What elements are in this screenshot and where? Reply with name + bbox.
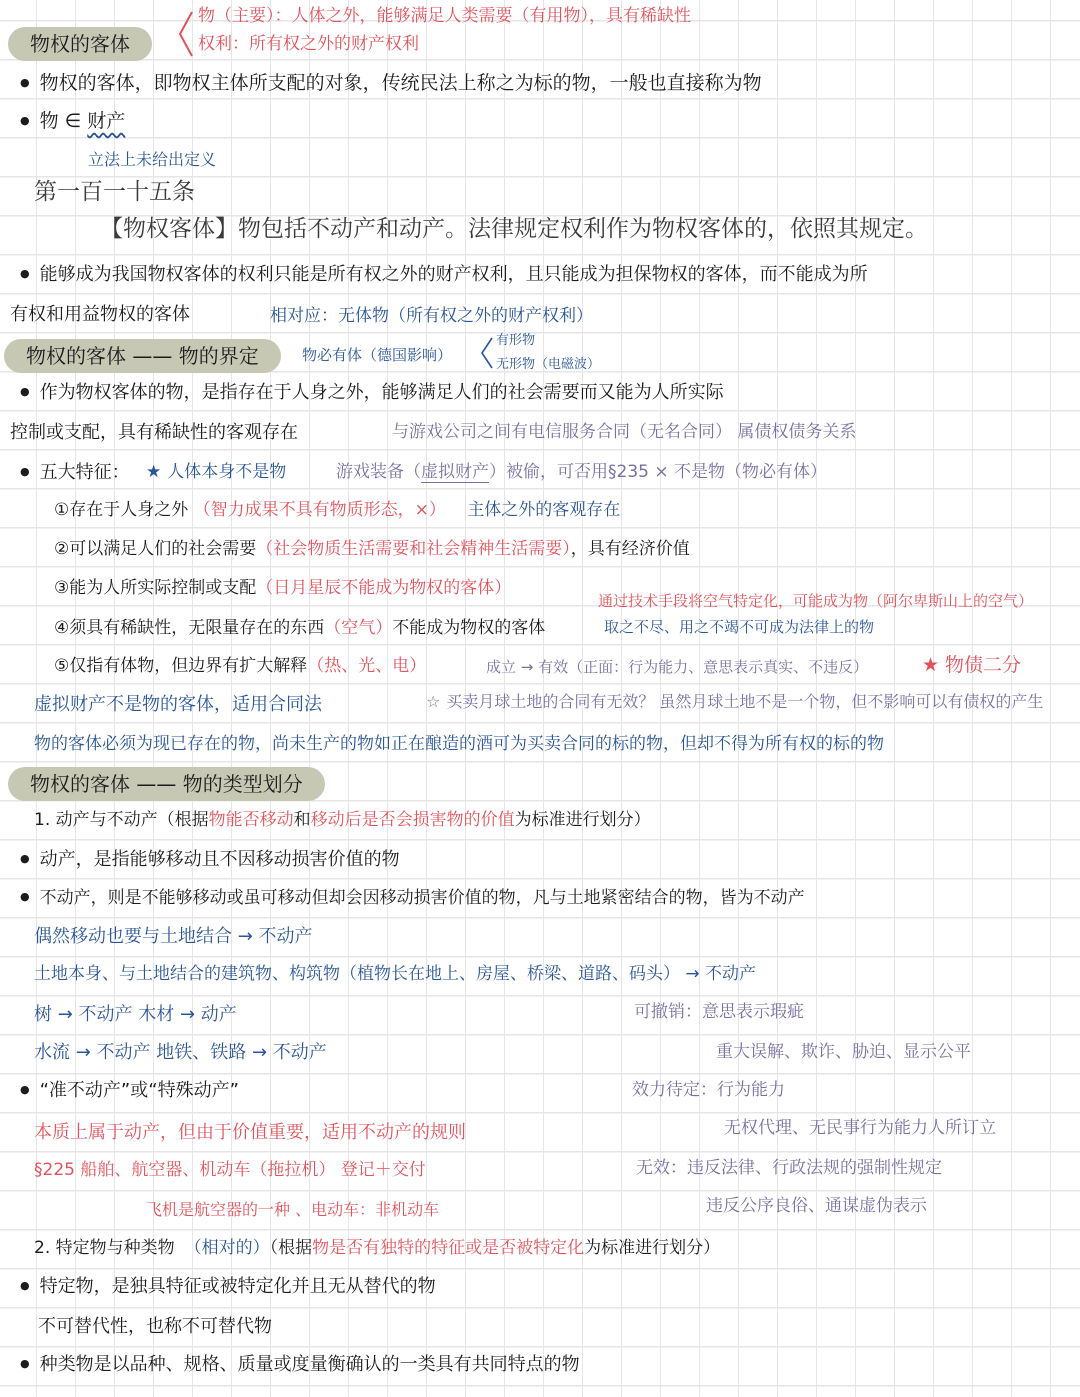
item-text: 1. 动产与不动产（根据 [34,810,209,830]
five-features-label: 五大特征： [20,464,130,482]
note-water-railway: 水流 → 不动产 地铁、铁路 → 不动产 [34,1044,327,1062]
feature-2: ②可以满足人们的社会需要（社会物质生活需要和社会精神生活需要），具有经济价值 [54,541,690,558]
feature-red-note: （热、光、电） [307,656,426,676]
section-heading-classification: 物权的客体 —— 物的类型划分 [8,767,325,801]
item-text-tail: 为标准进行划分） [515,810,651,830]
note-accidental-move: 偶然移动也要与土地结合 → 不动产 [34,928,313,946]
feature-text: ①存在于人身之外 [54,500,188,520]
feature-4: ④须具有稀缺性，无限量存在的东西（空气）不能成为物权的客体 [54,620,545,637]
bullet-text: 物 ∈ [20,110,87,132]
note-human-body-not-thing: ★人体本身不是物 [146,464,286,481]
item-movable-immovable: 1. 动产与不动产（根据物能否移动和移动后是否会损害物的价值为标准进行划分） [34,812,651,829]
note-game-service-contract: 与游戏公司之间有电信服务合同（无名合同） 属债权债务关系 [392,424,856,441]
star-icon: ★ [922,656,939,675]
property-word: 财产 [87,110,125,132]
note-aircraft-ebike: 飞机是航空器的一种 、电动车：非机动车 [146,1202,439,1218]
article-title: 第一百一十五条 [34,181,195,204]
note-inexhaustible: 取之不尽、用之不竭不可成为法律上的物 [604,620,874,635]
bullet-rights-as-object: 能够成为我国物权客体的权利只能是所有权之外的财产权利，且只能成为担保物权的客体，… [20,266,868,284]
item-text-mid: （根据 [270,1238,313,1258]
brace-item-thing: 物（主要）：人体之外，能够满足人类需要（有用物），具有稀缺性 [198,8,691,25]
note-quasi-examples: §225 船舶、航空器、机动车（拖拉机） 登记＋交付 [34,1162,426,1179]
note-no-legal-definition: 立法上未给出定义 [88,152,216,168]
feature-text: ②可以满足人们的社会需要 [54,539,256,559]
feature-blue-note: 主体之外的客观存在 [467,500,620,520]
note-text: 买卖月球土地的合同有无效？ 虽然月球土地不是一个物，但不影响可以有债权的产生 [446,692,1043,711]
note-irreplaceable: 不可替代性，也称不可替代物 [38,1318,272,1336]
note-tree-timber: 树 → 不动产 木材 → 动产 [34,1006,237,1024]
note-game-equipment: 游戏装备（虚拟财产）被偷，可否用§235 × 不是物（物必有体） [336,464,827,481]
bullet-object-definition: 物权的客体，即物权主体所支配的对象，传统民法上称之为标的物，一般也直接称为物 [20,74,762,93]
note-revocable: 可撤销：意思表示瑕疵 [634,1004,804,1021]
note-land-buildings: 土地本身、与土地结合的建筑物、构筑物（植物长在地上、房屋、桥梁、道路、码头） →… [34,966,756,983]
note-must-exist: 物的客体必须为现已存在的物，尚未生产的物如正在酿造的酒可为买卖合同的标的物，但却… [34,736,884,753]
relative-note: （相对的） [185,1238,270,1258]
bullet-movable: 动产，是指能够移动且不因移动损害价值的物 [20,851,400,869]
note-void: 无效：违反法律、行政法规的强制性规定 [636,1160,942,1177]
feature-text: ⑤仅指有体物，但边界有扩大解释 [54,656,307,676]
note-text: 物债二分 [945,654,1021,676]
note-pending-validity: 效力待定：行为能力 [632,1082,785,1099]
bullet-rights-as-object-cont: 有权和用益物权的客体 [10,306,190,324]
brace-item-right: 权利：所有权之外的财产权利 [198,36,419,53]
note-moon-land-contract: ☆买卖月球土地的合同有无效？ 虽然月球土地不是一个物，但不影响可以有债权的产生 [426,694,1043,710]
item-specific-generic: 2. 特定物与种类物（相对的）（根据物是否有独特的特征或是否被特定化为标准进行划… [34,1240,720,1257]
brace-bracket [178,10,192,54]
branch-intangible: 无形物（电磁波） [496,358,600,371]
feature-text: ③能为人所实际控制或支配 [54,578,256,598]
feature-text: ④须具有稀缺性，无限量存在的东西 [54,618,324,638]
note-intangible-thing: 相对应：无体物（所有权之外的财产权利） [270,308,593,325]
note-quasi-rule: 本质上属于动产，但由于价值重要，适用不动产的规则 [34,1124,466,1142]
note-text: 人体本身不是物 [167,462,286,482]
note-real-obligation-division: ★物债二分 [922,656,1021,675]
star-outline-icon: ☆ [426,694,440,710]
feature-tail: 不能成为物权的客体 [392,618,545,638]
note-pending-causes: 无权代理、无民事行为能力人所订立 [724,1120,996,1137]
section-heading-definition-of-thing: 物权的客体 —— 物的界定 [4,339,281,373]
feature-red-note: （智力成果不具有物质形态，×） [194,500,446,520]
feature-red-note: （空气） [324,618,392,638]
bullet-generic-thing: 种类物是以品种、规格、质量或度量衡确认的一类具有共同特点的物 [20,1356,580,1374]
bullet-thing-definition-cont: 控制或支配，具有稀缺性的客观存在 [10,424,298,442]
item-text-tail: 为标准进行划分） [584,1238,720,1258]
item-text-mid: 和 [294,810,311,830]
branch-bracket [480,336,494,374]
note-void-causes: 违反公序良俗、通谋虚伪表示 [706,1198,927,1215]
star-icon: ★ [146,464,161,481]
bullet-specific-thing: 特定物，是独具特征或被特定化并且无从替代的物 [20,1278,436,1296]
feature-3: ③能为人所实际控制或支配（日月星辰不能成为物权的客体） [54,580,511,597]
bullet-quasi-immovable: “准不动产”或“特殊动产” [20,1082,239,1100]
feature-red-note: （日月星辰不能成为物权的客体） [256,578,511,598]
feature-tail: ，具有经济价值 [571,539,690,559]
note-text-suffix: ）被偷，可否用§235 × 不是物（物必有体） [489,462,827,482]
bullet-thing-definition: 作为物权客体的物，是指存在于人身之外，能够满足人们的社会需要而又能为人所实际 [20,384,724,402]
feature-red-note: （社会物质生活需要和社会精神生活需要） [256,539,571,559]
article-body: 【物权客体】物包括不动产和动产。法律规定权利作为物权客体的，依照其规定。 [100,218,928,241]
branch-tangible: 有形物 [496,334,535,347]
feature-5: ⑤仅指有体物，但边界有扩大解释（热、光、电） [54,658,426,675]
item-text: 2. 特定物与种类物 [34,1238,175,1258]
virtual-property-word: 虚拟财产 [421,462,489,482]
note-virtual-property: 虚拟财产不是物的客体，适用合同法 [34,696,322,714]
feature-1: ①存在于人身之外 （智力成果不具有物质形态，×） 主体之外的客观存在 [54,502,620,519]
criterion-movable: 物能否移动 [209,810,294,830]
note-formation-validity: 成立 → 有效（正面：行为能力、意思表示真实、不违反） [486,660,868,675]
section-heading-object-of-real-right: 物权的客体 [8,27,152,61]
note-text-prefix: 游戏装备（ [336,462,421,482]
note-revocable-causes: 重大误解、欺诈、胁迫、显示公平 [716,1044,971,1061]
bullet-thing-property: 物 ∈ 财产 [20,112,125,131]
criterion-specific: 物是否有独特的特征或是否被特定化 [312,1238,584,1258]
note-thing-must-be-tangible: 物必有体（德国影响） [302,348,452,363]
bullet-immovable: 不动产，则是不能够移动或虽可移动但却会因移动损害价值的物，凡与土地紧密结合的物，… [20,890,805,907]
criterion-damage: 移动后是否会损害物的价值 [311,810,515,830]
note-air-specified: 通过技术手段将空气特定化，可能成为物（阿尔卑斯山上的空气） [598,594,1033,609]
